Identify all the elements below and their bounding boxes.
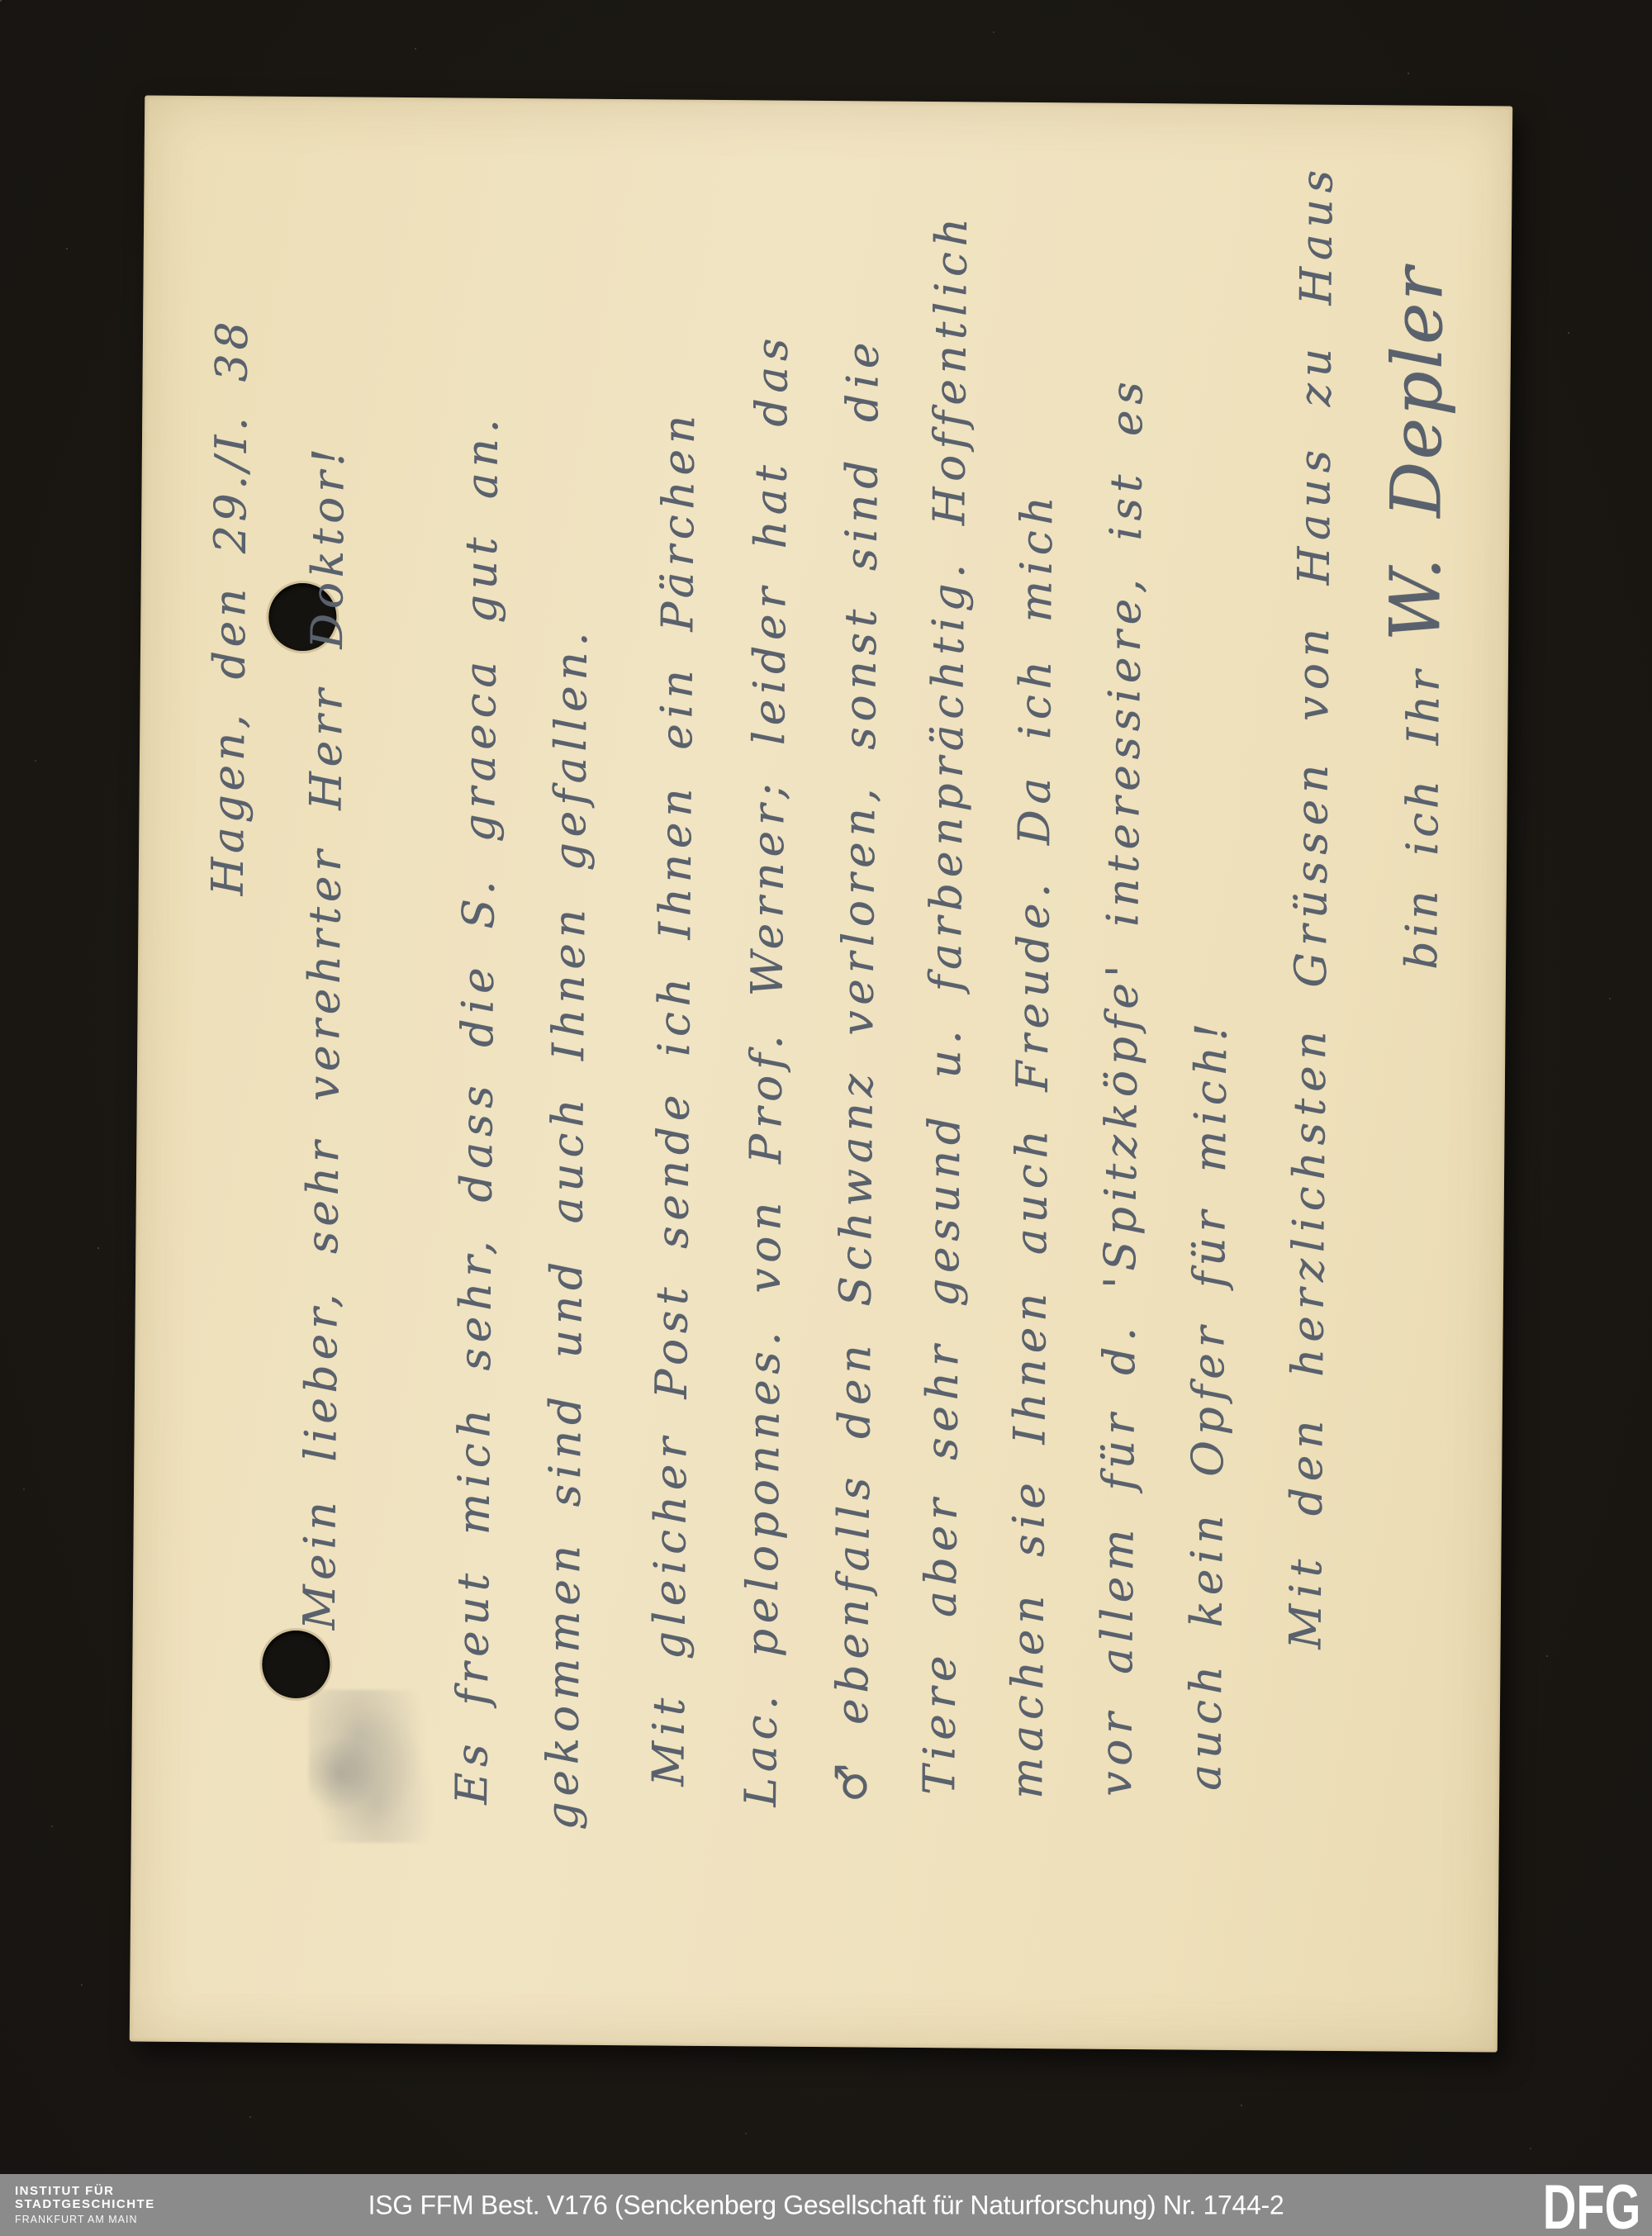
handwritten-line: Tiere aber sehr gesund u. farbenprächtig… <box>914 212 977 1795</box>
archival-reference: ISG FFM Best. V176 (Senckenberg Gesellsc… <box>368 2190 1284 2220</box>
handwritten-line: gekommen sind und auch Ihnen gefallen. <box>538 626 597 1830</box>
handwritten-date: Hagen, den 29./I. 38 <box>203 318 258 896</box>
institute-line2: STADTGESCHICHTE <box>15 2199 155 2213</box>
scan-viewport: Hagen, den 29./I. 38 Mein lieber, sehr v… <box>0 0 1652 2236</box>
signature: W. Depler <box>1374 265 1459 642</box>
handwritten-line: auch kein Opfer für mich! <box>1180 1018 1237 1791</box>
institute-line1: INSTITUT FÜR <box>15 2185 155 2199</box>
institute-wordmark: INSTITUT FÜR STADTGESCHICHTE FRANKFURT A… <box>15 2185 155 2226</box>
handwritten-closing: Mit den herzlichsten Grüssen von Haus zu… <box>1281 164 1343 1650</box>
handwritten-signoff: bin ich Ihr <box>1397 667 1450 970</box>
dfg-logo: DFG <box>1542 2177 1640 2236</box>
footer-bar: INSTITUT FÜR STADTGESCHICHTE FRANKFURT A… <box>0 2174 1652 2236</box>
handwritten-line: ♂ ebenfalls den Schwanz verloren, sonst … <box>827 337 889 1803</box>
handwritten-line: Lac. peloponnes. von Prof. Werner; leide… <box>736 333 798 1807</box>
postcard-scan: Hagen, den 29./I. 38 Mein lieber, sehr v… <box>130 96 1512 2053</box>
handwritten-line: Es freut mich sehr, dass die S. graeca g… <box>447 413 508 1805</box>
dust-specks <box>0 0 2 2</box>
handwritten-salutation: Mein lieber, sehr verehrter Herr Doktor! <box>295 444 354 1630</box>
handwritten-line: vor allem für d. 'Spitzköpfe' interessie… <box>1091 376 1153 1797</box>
handwritten-signoff-line: bin ich IhrW. Depler <box>1372 265 1459 970</box>
handwriting-layer: Hagen, den 29./I. 38 Mein lieber, sehr v… <box>184 102 1502 1847</box>
institute-line3: FRANKFURT AM MAIN <box>15 2214 155 2225</box>
handwritten-line: machen sie Ihnen auch Freude. Da ich mic… <box>1002 491 1062 1799</box>
handwritten-line: Mit gleicher Post sende ich Ihnen ein Pä… <box>643 410 705 1787</box>
